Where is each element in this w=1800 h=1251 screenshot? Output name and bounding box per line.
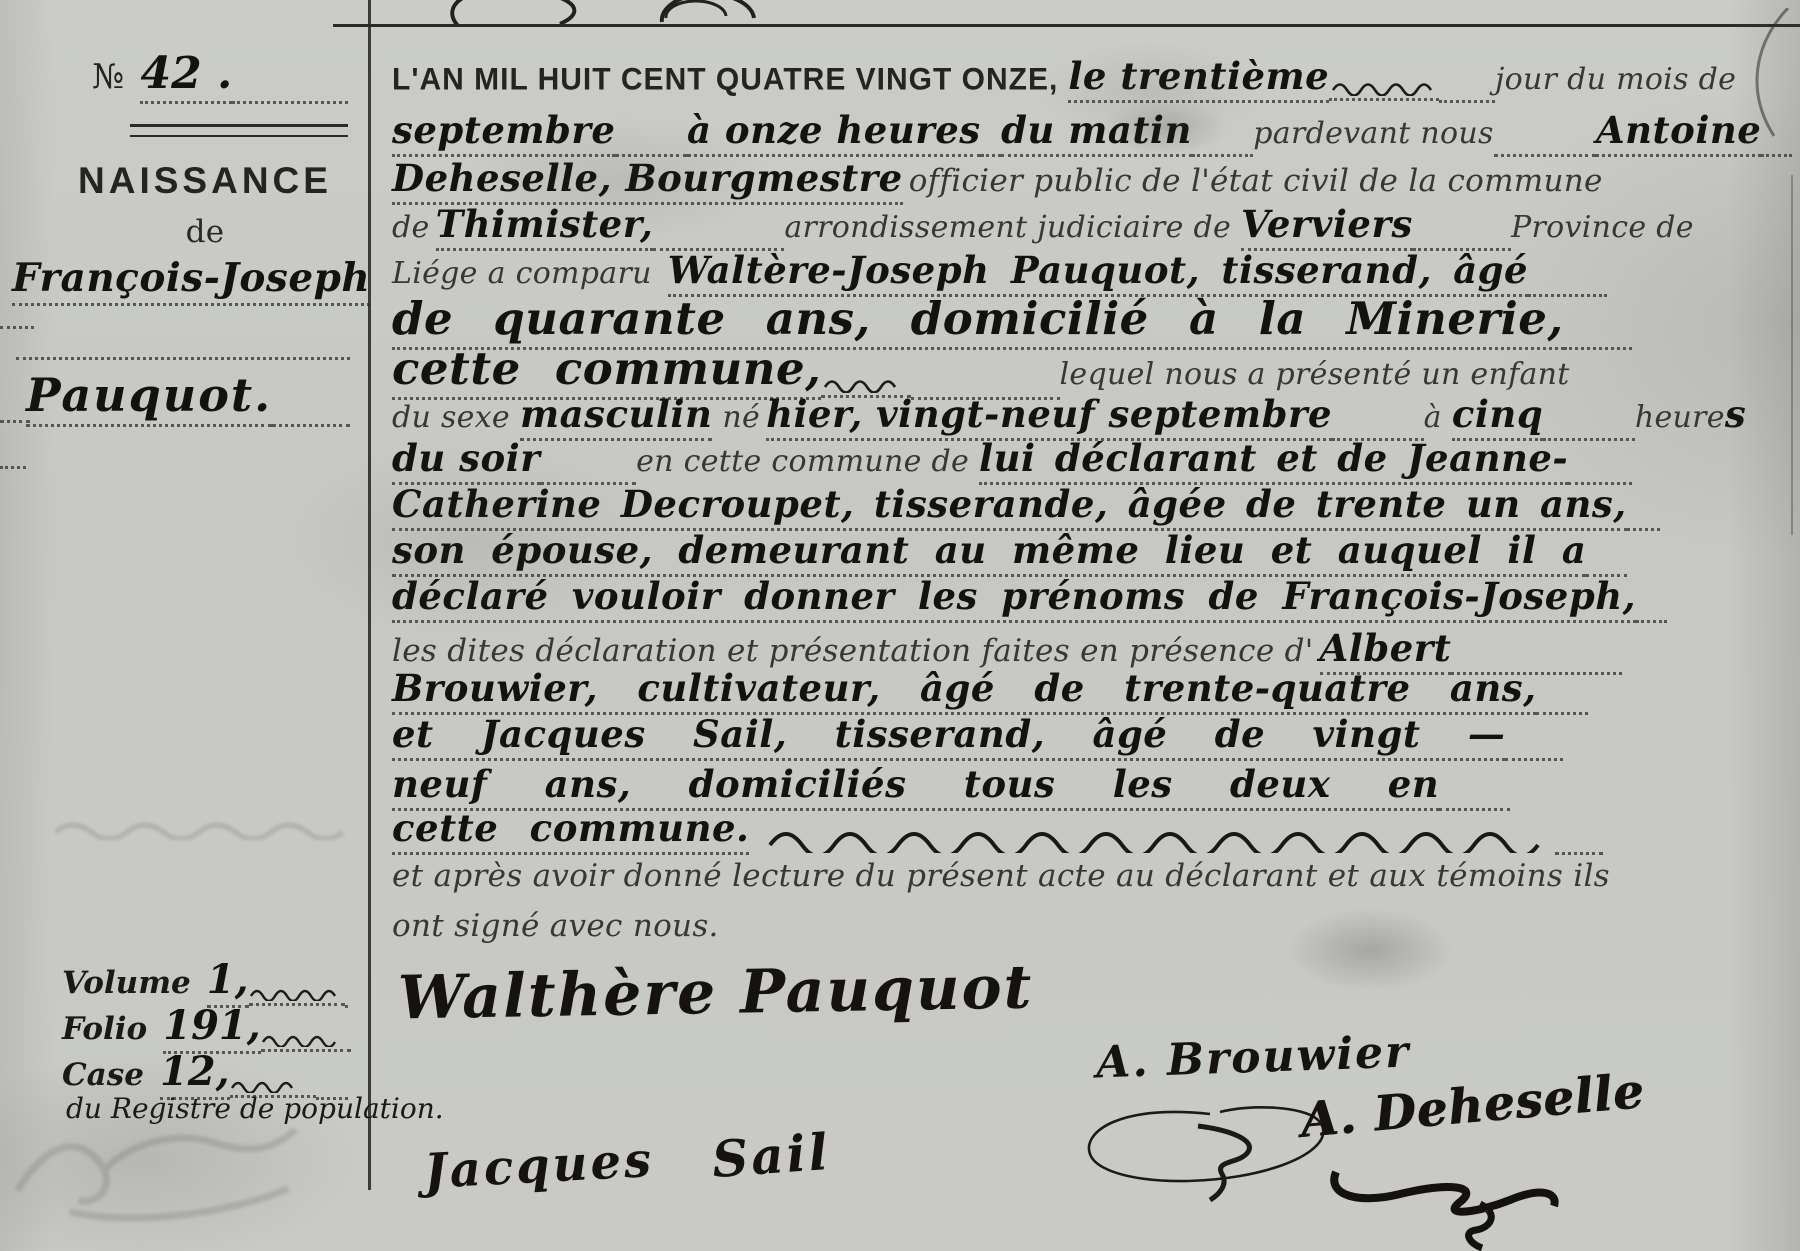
child-given-names: François-Joseph xyxy=(12,255,370,306)
hw-day: le trentième xyxy=(1068,54,1329,103)
dotted-leader xyxy=(1555,806,1602,855)
act-type-subheading: de xyxy=(186,214,225,250)
folio-value: 191, xyxy=(163,1002,260,1054)
hw-commune: Thimister, xyxy=(436,202,654,251)
hw-witness1-details: Brouwier, cultivateur, âgé de trente-qua… xyxy=(392,666,1536,715)
act-line-10: Catherine Decroupet, tisserande, âgée de… xyxy=(392,482,1792,531)
act-line-19: ont signé avec nous. xyxy=(392,908,1792,944)
dotted-leader xyxy=(1192,108,1253,157)
printed-in-presence-of: les dites déclaration et présentation fa… xyxy=(392,633,1314,669)
printed-presented-child: lequel nous a présenté un enfant xyxy=(1060,357,1570,392)
printed-appeared: Liége a comparu xyxy=(392,256,652,291)
hw-given-names-declaration: déclaré vouloir donner les prénoms de Fr… xyxy=(392,574,1636,623)
hw-mother-lead: lui déclarant et de Jeanne- xyxy=(979,436,1568,485)
hw-daypart: du matin xyxy=(1001,108,1192,157)
ink-bleedthrough-wave xyxy=(55,818,355,840)
printed-closing-signed: ont signé avec nous. xyxy=(392,908,719,944)
dotted-leader xyxy=(1439,54,1495,103)
volume-value: 1, xyxy=(207,956,249,1008)
left-edge-dotted-fragment xyxy=(0,318,34,329)
printed-born: né xyxy=(722,400,760,435)
hw-mother-identity: Catherine Decroupet, tisserande, âgée de… xyxy=(392,482,1627,531)
printed-in-this-commune-of: en cette commune de xyxy=(636,444,969,479)
act-number-label: № xyxy=(92,57,124,97)
dotted-leader xyxy=(1505,712,1562,761)
printed-officer-role: officier public de l'état civil de la co… xyxy=(909,163,1603,199)
hw-district: Verviers xyxy=(1241,202,1413,251)
act-line-18: et après avoir donné lecture du présent … xyxy=(392,858,1792,894)
ink-bleedthrough-signature xyxy=(1,1095,310,1241)
act-type-heading-row: NAISSANCE xyxy=(60,160,350,202)
volume-row: Volume 1, xyxy=(62,956,348,1008)
margin-double-rule xyxy=(130,124,348,137)
child-given-names-row: François-Joseph xyxy=(12,255,350,306)
closing-wave-stroke xyxy=(765,823,1555,853)
act-line-5: Liége a comparu Waltère-Joseph Pauquot, … xyxy=(392,248,1792,297)
child-surname: Pauquot. xyxy=(26,368,272,427)
act-line-8: du sexe masculin né hier, vingt-neuf sep… xyxy=(392,392,1792,441)
dotted-leader xyxy=(1761,108,1792,157)
hw-birth-date: hier, vingt-neuf septembre xyxy=(766,392,1332,441)
dotted-leader xyxy=(653,202,784,251)
dotted-leader xyxy=(345,956,349,1008)
hw-this-commune-final: cette commune. xyxy=(392,806,749,855)
act-number-row: № 42 . xyxy=(92,48,348,104)
dotted-leader xyxy=(1494,108,1596,157)
folio-row: Folio 191, xyxy=(62,1002,348,1054)
printed-before-us: pardevant nous xyxy=(1253,116,1493,151)
act-number-value: 42 . xyxy=(140,48,232,104)
child-surname-row: Pauquot. xyxy=(26,368,350,427)
birth-act-scan: № 42 . NAISSANCE de François-Joseph Pauq… xyxy=(0,0,1800,1251)
hw-birth-hour: cinq xyxy=(1452,392,1543,441)
act-line-4: de Thimister, arrondissement judiciaire … xyxy=(392,202,1792,251)
act-line-14: Brouwier, cultivateur, âgé de trente-qua… xyxy=(392,666,1792,715)
signature-witness2: A. Brouwier xyxy=(1095,1027,1411,1089)
act-line-2: septembre à onze heures du matin pardeva… xyxy=(392,108,1792,157)
hw-hour: à onze heures xyxy=(687,108,981,157)
hw-sex: masculin xyxy=(520,392,712,441)
dotted-leader xyxy=(232,48,348,104)
case-label: Case xyxy=(62,1057,144,1093)
signature-witness1-given: Jacques xyxy=(423,1132,656,1200)
printed-closing-lecture: et après avoir donné lecture du présent … xyxy=(392,858,1610,894)
dotted-leader xyxy=(615,108,687,157)
previous-act-flourish xyxy=(430,0,1110,26)
act-line-15: et Jacques Sail, tisserand, âgé de vingt… xyxy=(392,712,1792,761)
signature-officer-flourish xyxy=(1330,1142,1560,1251)
hw-witnesses-domicile: neuf ans, domiciliés tous les deux en xyxy=(392,762,1439,811)
act-line-12: déclaré vouloir donner les prénoms de Fr… xyxy=(392,574,1792,623)
hw-month: septembre xyxy=(392,108,615,157)
dotted-leader xyxy=(1543,392,1635,441)
top-rule xyxy=(333,24,1800,27)
hw-mother-residence: son épouse, demeurant au même lieu et au… xyxy=(392,528,1586,577)
volume-label: Volume xyxy=(62,965,191,1001)
printed-province-lead: Province de xyxy=(1511,210,1694,245)
filler-squiggle xyxy=(1329,78,1439,101)
act-line-3: Deheselle, Bourgmestre officier public d… xyxy=(392,156,1792,205)
dotted-leader xyxy=(1636,574,1667,623)
printed-month-lead: jour du mois de xyxy=(1495,62,1736,97)
folio-label: Folio xyxy=(62,1011,147,1047)
dotted-leader xyxy=(1568,436,1632,485)
dotted-leader xyxy=(981,108,1001,157)
left-edge-dotted-fragment xyxy=(0,458,26,469)
act-line-9: du soir en cette commune de lui déclaran… xyxy=(392,436,1792,485)
printed-of-sex: du sexe xyxy=(392,400,510,435)
hw-declarant-identity: Waltère-Joseph Pauquot, tisserand, âgé xyxy=(668,248,1528,297)
act-line-11: son épouse, demeurant au même lieu et au… xyxy=(392,528,1792,577)
margin-separator-rule xyxy=(368,0,371,1190)
dotted-leader xyxy=(16,330,350,360)
dotted-leader xyxy=(1528,248,1607,297)
hw-evening: du soir xyxy=(392,436,540,485)
empty-margin-line xyxy=(16,330,350,360)
dotted-leader xyxy=(540,436,636,485)
left-edge-dotted-fragment xyxy=(0,412,30,423)
hw-officer-surname-title: Deheselle, Bourgmestre xyxy=(392,156,903,205)
dotted-leader xyxy=(1536,666,1587,715)
act-line-16: neuf ans, domiciliés tous les deux en xyxy=(392,762,1792,811)
signature-witness1-surname: Sail xyxy=(710,1122,832,1189)
act-type-heading: NAISSANCE xyxy=(78,160,332,202)
hw-officer-given-name: Antoine xyxy=(1596,108,1761,157)
dotted-leader xyxy=(1586,528,1627,577)
hw-hour-plural-s: s xyxy=(1725,392,1746,436)
printed-judicial-district: arrondissement judiciaire de xyxy=(784,210,1231,245)
signature-declarant: Walthère Pauquot xyxy=(397,952,1033,1033)
printed-year-heading: L'AN MIL HUIT CENT QUATRE VINGT ONZE, xyxy=(392,62,1058,98)
printed-at: à xyxy=(1424,400,1442,435)
dotted-leader xyxy=(1439,762,1510,811)
printed-of: de xyxy=(392,210,430,245)
printed-hour: heure xyxy=(1635,400,1725,435)
act-type-subheading-row: de xyxy=(60,214,350,250)
act-line-17: cette commune. xyxy=(392,806,1792,855)
dotted-leader xyxy=(272,368,350,427)
dotted-leader xyxy=(1332,392,1424,441)
hw-witness2-details: et Jacques Sail, tisserand, âgé de vingt… xyxy=(392,712,1505,761)
dotted-leader xyxy=(1627,482,1660,531)
dotted-leader xyxy=(1413,202,1511,251)
act-line-1: L'AN MIL HUIT CENT QUATRE VINGT ONZE, le… xyxy=(392,54,1792,103)
